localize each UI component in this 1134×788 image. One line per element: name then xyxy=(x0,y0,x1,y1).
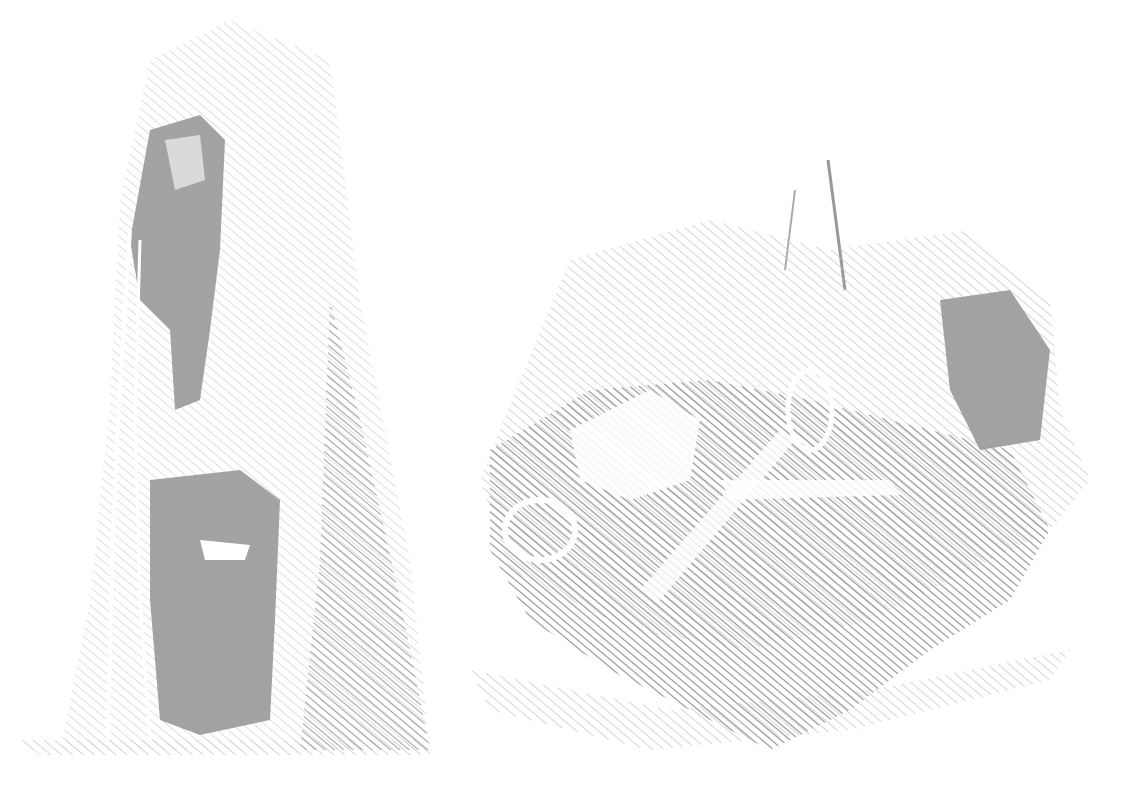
artillery-haul-illustration xyxy=(450,150,1134,788)
climbers-sketch xyxy=(0,0,450,788)
climbers-rock-face-illustration xyxy=(0,0,450,788)
soldiers-artillery-sketch xyxy=(450,150,1134,788)
